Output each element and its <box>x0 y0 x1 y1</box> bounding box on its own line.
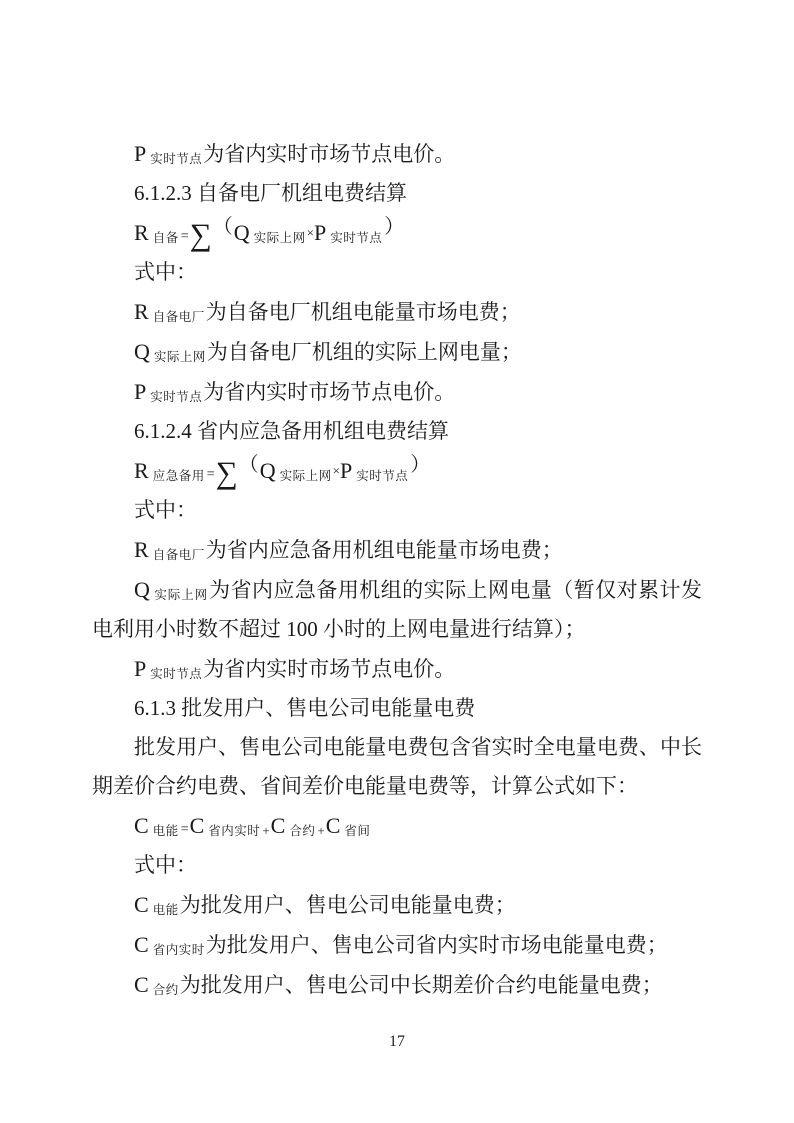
formula-subscript: 自备 <box>153 231 179 245</box>
text-run: 为批发用户、售电公司中长期差价合约电能量电费； <box>180 973 663 997</box>
formula-variable: P <box>340 458 352 483</box>
section-number: 6.1.2.3 <box>134 181 192 205</box>
formula-subscript: 实际上网 <box>154 588 208 602</box>
formula-subscript: 实际上网 <box>254 231 306 245</box>
formula-subscript: 实时节点 <box>330 231 382 245</box>
formula-variable: Q <box>134 577 150 602</box>
formula-line: C电能=C省内实时+C合约+C省间 <box>92 806 702 846</box>
formula-variable: R <box>134 458 149 483</box>
formula-subscript: 电能 <box>153 824 179 838</box>
text-run: 批发用户、售电公司电能量电费 <box>176 696 475 720</box>
multiply-operator: × <box>307 225 314 240</box>
section-heading: 6.1.2.4 省内应急备用机组电费结算 <box>92 412 702 451</box>
text-run: 式中： <box>134 260 197 284</box>
formula-subscript: 自备电厂 <box>153 310 205 324</box>
formula-subscript: 实时节点 <box>150 667 202 681</box>
formula-subscript: 实时节点 <box>150 390 202 404</box>
text-run: 批发用户、售电公司电能量电费包含省实时全电量电费、中长期差价合约电费、省间差价电… <box>92 735 702 798</box>
section-number: 6.1.2.4 <box>134 419 192 443</box>
sum-symbol: ∑ <box>190 217 212 252</box>
body-paragraph: P实时节点为省内实时市场节点电价。 <box>92 134 702 174</box>
body-paragraph: 式中： <box>92 253 702 292</box>
multiply-operator: × <box>333 463 340 478</box>
formula-variable: C <box>190 813 205 838</box>
formula-variable: R <box>134 299 149 324</box>
formula-subscript: 省内实时 <box>208 824 260 838</box>
body-paragraph: P实时节点为省内实时市场节点电价。 <box>92 372 702 412</box>
formula-subscript: 应急备用 <box>153 469 205 483</box>
formula-subscript: 实时节点 <box>150 152 202 166</box>
text-run: 式中： <box>134 853 197 877</box>
section-heading: 6.1.3 批发用户、售电公司电能量电费 <box>92 689 702 728</box>
body-paragraph: Q实际上网为自备电厂机组的实际上网电量； <box>92 332 702 372</box>
body-paragraph: C合约为批发用户、售电公司中长期差价合约电能量电费； <box>92 965 702 1005</box>
formula-variable: C <box>134 813 149 838</box>
formula-variable: C <box>326 813 341 838</box>
formula-variable: C <box>134 932 149 957</box>
formula-subscript: 省间 <box>344 824 370 838</box>
body-paragraph: Q实际上网为省内应急备用机组的实际上网电量（暂仅对累计发电利用小时数不超过 10… <box>92 570 702 649</box>
formula-subscript: 实际上网 <box>280 469 332 483</box>
text-run: 自备电厂机组电费结算 <box>192 181 407 205</box>
body-paragraph: C省内实时为批发用户、售电公司省内实时市场电能量电费； <box>92 925 702 965</box>
formula-subscript: 实时节点 <box>356 469 408 483</box>
formula-variable: C <box>271 813 286 838</box>
body-paragraph: R自备电厂为省内应急备用机组电能量市场电费； <box>92 530 702 570</box>
document-page: P实时节点为省内实时市场节点电价。6.1.2.3 自备电厂机组电费结算R自备=∑… <box>0 0 794 1123</box>
text-run: 省内应急备用机组电费结算 <box>192 419 449 443</box>
text-run: 为批发用户、售电公司省内实时市场电能量电费； <box>206 933 668 957</box>
text-run: 为省内应急备用机组电能量市场电费； <box>206 538 563 562</box>
formula-paren: （ <box>213 216 233 238</box>
formula-paren: ） <box>384 216 404 238</box>
equals-operator: = <box>207 467 215 482</box>
equals-operator: = <box>181 229 189 244</box>
text-run: 为批发用户、售电公司电能量电费； <box>180 893 516 917</box>
equals-operator: = <box>181 822 189 837</box>
formula-variable: Q <box>260 458 276 483</box>
formula-variable: P <box>314 220 326 245</box>
formula-subscript: 省内实时 <box>153 943 205 957</box>
sum-symbol: ∑ <box>216 455 238 490</box>
formula-variable: R <box>134 220 149 245</box>
formula-line: R应急备用=∑（Q实际上网×P实时节点） <box>92 451 702 491</box>
formula-variable: R <box>134 537 149 562</box>
formula-variable: P <box>134 141 146 166</box>
formula-variable: Q <box>234 220 250 245</box>
text-run: 为省内实时市场节点电价。 <box>203 380 455 404</box>
formula-subscript: 合约 <box>153 983 179 997</box>
section-heading: 6.1.2.3 自备电厂机组电费结算 <box>92 174 702 213</box>
formula-variable: Q <box>134 339 150 364</box>
body-paragraph: C电能为批发用户、售电公司电能量电费； <box>92 885 702 925</box>
section-number: 6.1.3 <box>134 696 176 720</box>
formula-subscript: 自备电厂 <box>153 548 205 562</box>
text-run: 为自备电厂机组的实际上网电量； <box>207 340 522 364</box>
body-paragraph: 式中： <box>92 846 702 885</box>
formula-variable: P <box>134 656 146 681</box>
text-run: 为省内实时市场节点电价。 <box>203 142 455 166</box>
text-run: 为省内实时市场节点电价。 <box>203 657 455 681</box>
text-run: 式中： <box>134 498 197 522</box>
body-paragraph: 式中： <box>92 491 702 530</box>
formula-paren: ） <box>410 454 430 476</box>
plus-operator: + <box>317 823 324 838</box>
formula-subscript: 电能 <box>153 903 179 917</box>
text-run: 为自备电厂机组电能量市场电费； <box>206 300 521 324</box>
plus-operator: + <box>262 823 269 838</box>
body-paragraph: 批发用户、售电公司电能量电费包含省实时全电量电费、中长期差价合约电费、省间差价电… <box>92 728 702 806</box>
formula-paren: （ <box>239 454 259 476</box>
page-number: 17 <box>0 1033 794 1051</box>
formula-subscript: 实际上网 <box>154 350 206 364</box>
formula-variable: C <box>134 892 149 917</box>
document-viewport: { "colors": { "page_bg": "#ffffff", "tex… <box>0 0 794 1123</box>
body-paragraph: P实时节点为省内实时市场节点电价。 <box>92 649 702 689</box>
formula-line: R自备=∑（Q实际上网×P实时节点） <box>92 213 702 253</box>
body-paragraph: R自备电厂为自备电厂机组电能量市场电费； <box>92 292 702 332</box>
formula-subscript: 合约 <box>289 824 315 838</box>
document-body: P实时节点为省内实时市场节点电价。6.1.2.3 自备电厂机组电费结算R自备=∑… <box>92 134 702 1005</box>
formula-variable: P <box>134 379 146 404</box>
formula-variable: C <box>134 972 149 997</box>
